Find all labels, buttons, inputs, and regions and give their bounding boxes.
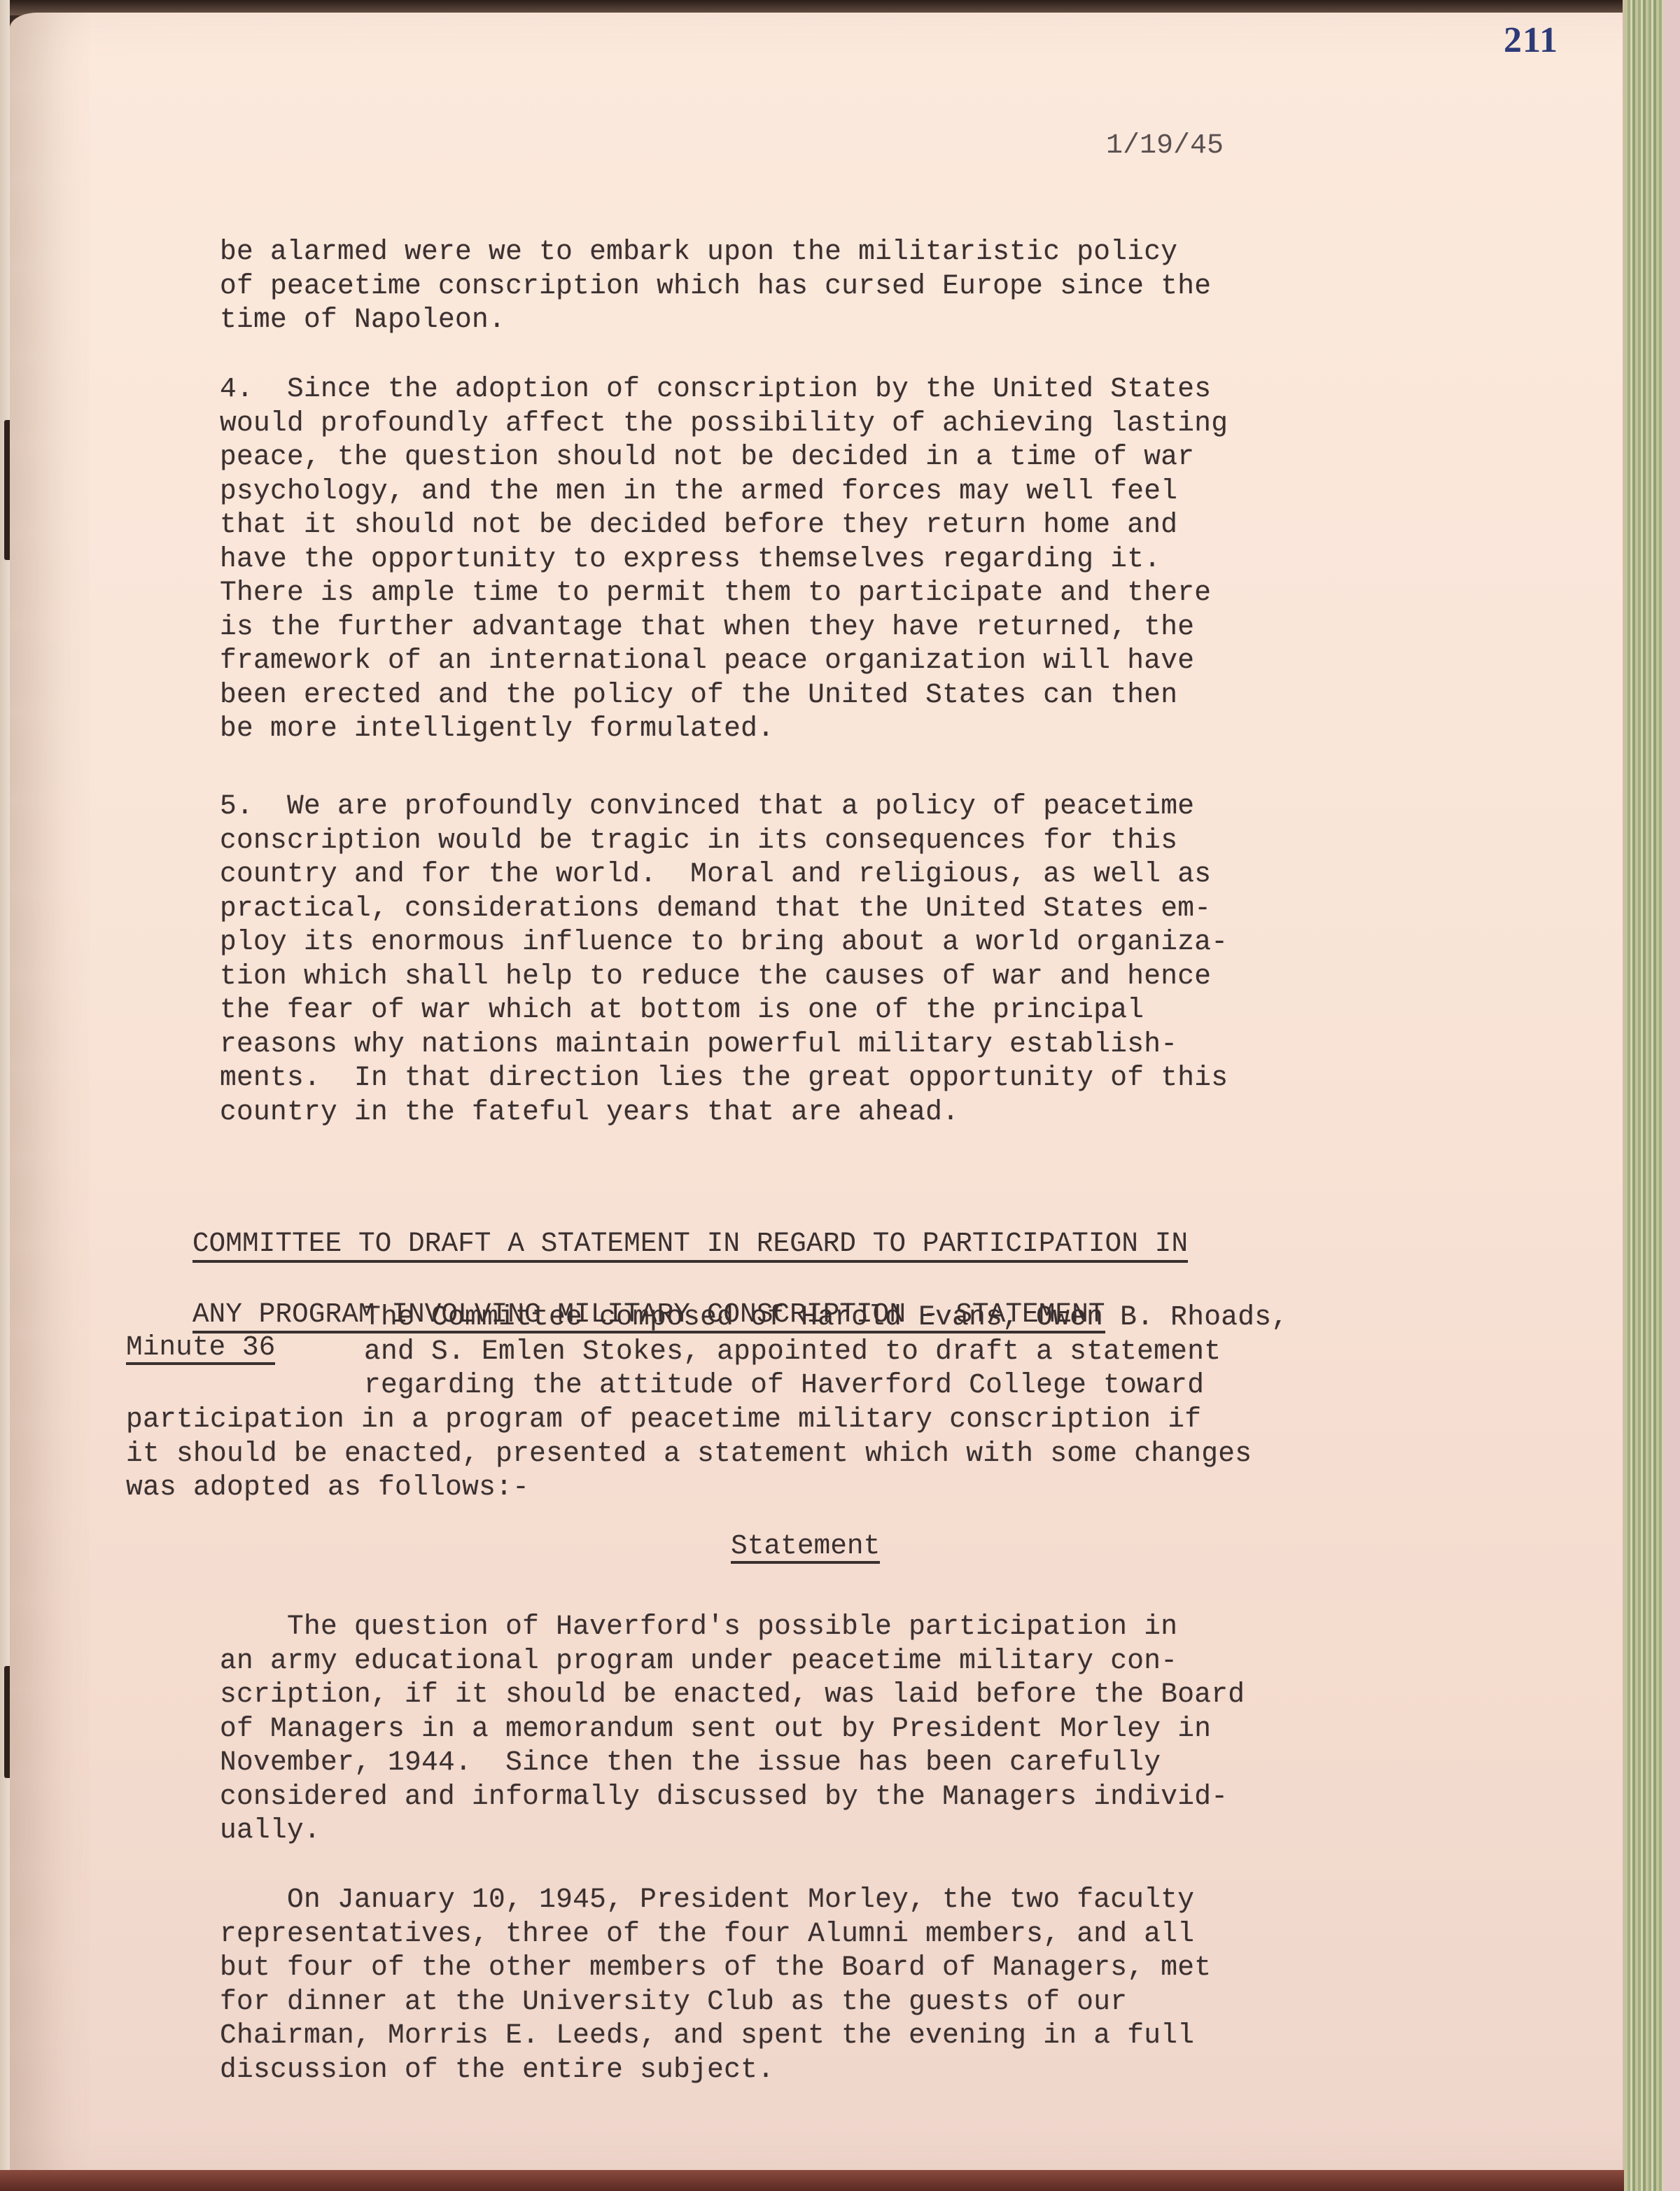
- minutes-date: 1/19/45: [1106, 130, 1224, 162]
- section-heading-line-1: COMMITTEE TO DRAFT A STATEMENT IN REGARD…: [192, 1229, 1188, 1263]
- statement-paragraph-2: On January 10, 1945, President Morley, t…: [220, 1883, 1211, 2087]
- page-content: 211 1/19/45 be alarmed were we to embark…: [0, 0, 1680, 2191]
- minute-label: Minute 36: [126, 1333, 275, 1365]
- statement-paragraph-1: The question of Haverford's possible par…: [220, 1610, 1245, 1848]
- page-number: 211: [1504, 20, 1558, 61]
- paragraph-continuation: be alarmed were we to embark upon the mi…: [220, 235, 1211, 337]
- statement-title: Statement: [731, 1532, 880, 1564]
- paragraph-point-5: 5. We are profoundly convinced that a po…: [220, 790, 1228, 1129]
- minute-text-indented: The Committee composed of Harold Evans, …: [364, 1301, 1288, 1403]
- paragraph-point-4: 4. Since the adoption of conscription by…: [220, 372, 1228, 746]
- minute-text-full: participation in a program of peacetime …: [126, 1403, 1252, 1505]
